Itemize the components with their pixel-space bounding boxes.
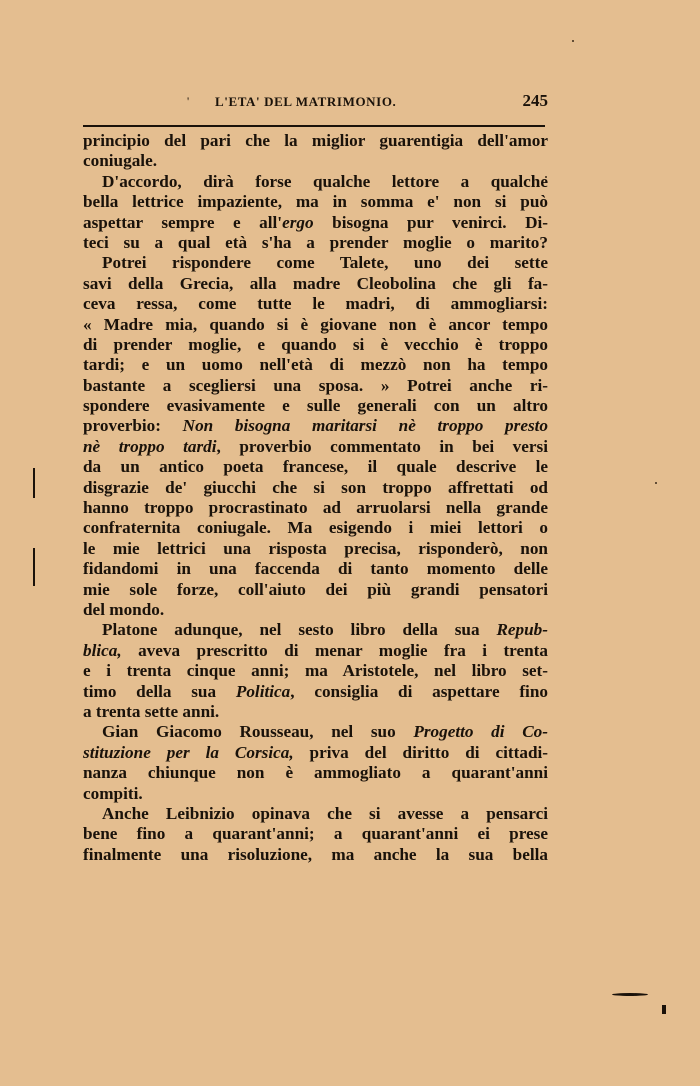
- left-margin-mark: [33, 468, 35, 498]
- text-line: a trenta sette anni.: [83, 702, 548, 722]
- text-run: proverbio:: [83, 416, 183, 435]
- text-line: tardi; e un uomo nell'età di mezzò non h…: [83, 355, 548, 375]
- text-line: stituzione per la Corsica, priva del dir…: [83, 743, 548, 763]
- text-run: , consiglia di aspettare fino: [290, 682, 548, 701]
- text-line: « Madre mia, quando si è giovane non è a…: [83, 315, 548, 335]
- text-line: da un antico poeta francese, il quale de…: [83, 457, 548, 477]
- text-line: nanza chiunque non è ammogliato a quaran…: [83, 763, 548, 783]
- text-line: coniugale.: [83, 151, 548, 171]
- text-line: aspettar sempre e all'ergo bisogna pur v…: [83, 213, 548, 233]
- header-rule: [83, 125, 545, 127]
- header-mark: ': [187, 94, 189, 109]
- text-line: Potrei rispondere come Talete, uno dei s…: [83, 253, 548, 273]
- text-line: di prender moglie, e quando si è vecchio…: [83, 335, 548, 355]
- italic-run: Repub-: [496, 620, 548, 639]
- text-line: principio del pari che la miglior guaren…: [83, 131, 548, 151]
- text-line: teci su a qual età s'ha a prender moglie…: [83, 233, 548, 253]
- italic-run: Progetto di Co-: [413, 722, 548, 741]
- body-text: principio del pari che la miglior guaren…: [83, 131, 548, 865]
- text-run: , proverbio commentato in bei versi: [217, 437, 548, 456]
- text-run: aveva prescritto di menar moglie fra i t…: [122, 641, 548, 660]
- text-line: e i trenta cinque anni; ma Aristotele, n…: [83, 661, 548, 681]
- text-line: disgrazie de' giucchi che si son troppo …: [83, 478, 548, 498]
- text-line: Anche Leibnizio opinava che si avesse a …: [83, 804, 548, 824]
- text-line: savi della Grecia, alla madre Cleobolina…: [83, 274, 548, 294]
- page-number: 245: [523, 91, 549, 111]
- book-page: ' L'ETA' DEL MATRIMONIO. 245 principio d…: [83, 88, 548, 865]
- speck: [545, 176, 547, 178]
- text-line: del mondo.: [83, 600, 548, 620]
- text-line: bella lettrice impaziente, ma in somma e…: [83, 192, 548, 212]
- text-line: compiti.: [83, 784, 548, 804]
- text-line: spondere evasivamente e sulle generali c…: [83, 396, 548, 416]
- italic-run: ergo: [282, 213, 314, 232]
- left-margin-mark: [33, 548, 35, 586]
- speck: [572, 40, 574, 42]
- text-line: Gian Giacomo Rousseau, nel suo Progetto …: [83, 722, 548, 742]
- text-line: proverbio: Non bisogna maritarsi nè trop…: [83, 416, 548, 436]
- text-line: mie sole forze, coll'aiuto dei più grand…: [83, 580, 548, 600]
- text-line: D'accordo, dirà forse qualche lettore a …: [83, 172, 548, 192]
- text-run: aspettar sempre e all': [83, 213, 282, 232]
- italic-run: stituzione per la Corsica,: [83, 743, 294, 762]
- text-line: le mie lettrici una risposta precisa, ri…: [83, 539, 548, 559]
- bottom-right-dash: [612, 993, 648, 996]
- italic-run: Non bisogna maritarsi nè troppo presto: [183, 416, 548, 435]
- text-run: timo della sua: [83, 682, 236, 701]
- text-run: bisogna pur venirci. Di-: [314, 213, 548, 232]
- running-title: L'ETA' DEL MATRIMONIO.: [215, 94, 396, 110]
- text-run: priva del diritto di cittadi-: [294, 743, 548, 762]
- text-line: blica, aveva prescritto di menar moglie …: [83, 641, 548, 661]
- text-line: timo della sua Politica, consiglia di as…: [83, 682, 548, 702]
- running-header: ' L'ETA' DEL MATRIMONIO. 245: [83, 88, 548, 118]
- text-run: Platone adunque, nel sesto libro della s…: [102, 620, 496, 639]
- italic-run: blica,: [83, 641, 122, 660]
- text-line: bene fino a quarant'anni; a quarant'anni…: [83, 824, 548, 844]
- text-line: ceva ressa, come tutte le madri, di ammo…: [83, 294, 548, 314]
- text-run: Gian Giacomo Rousseau, nel suo: [102, 722, 413, 741]
- italic-run: nè troppo tardi: [83, 437, 217, 456]
- text-line: Platone adunque, nel sesto libro della s…: [83, 620, 548, 640]
- bottom-right-tick: [662, 1005, 666, 1014]
- text-line: bastante a scegliersi una sposa. » Potre…: [83, 376, 548, 396]
- text-line: nè troppo tardi, proverbio commentato in…: [83, 437, 548, 457]
- italic-run: Politica: [236, 682, 290, 701]
- text-line: hanno troppo procrastinato ad arruolarsi…: [83, 498, 548, 518]
- text-line: finalmente una risoluzione, ma anche la …: [83, 845, 548, 865]
- speck: [655, 482, 657, 484]
- text-line: confraternita coniugale. Ma esigendo i m…: [83, 518, 548, 538]
- text-line: fidandomi in una faccenda di tanto momen…: [83, 559, 548, 579]
